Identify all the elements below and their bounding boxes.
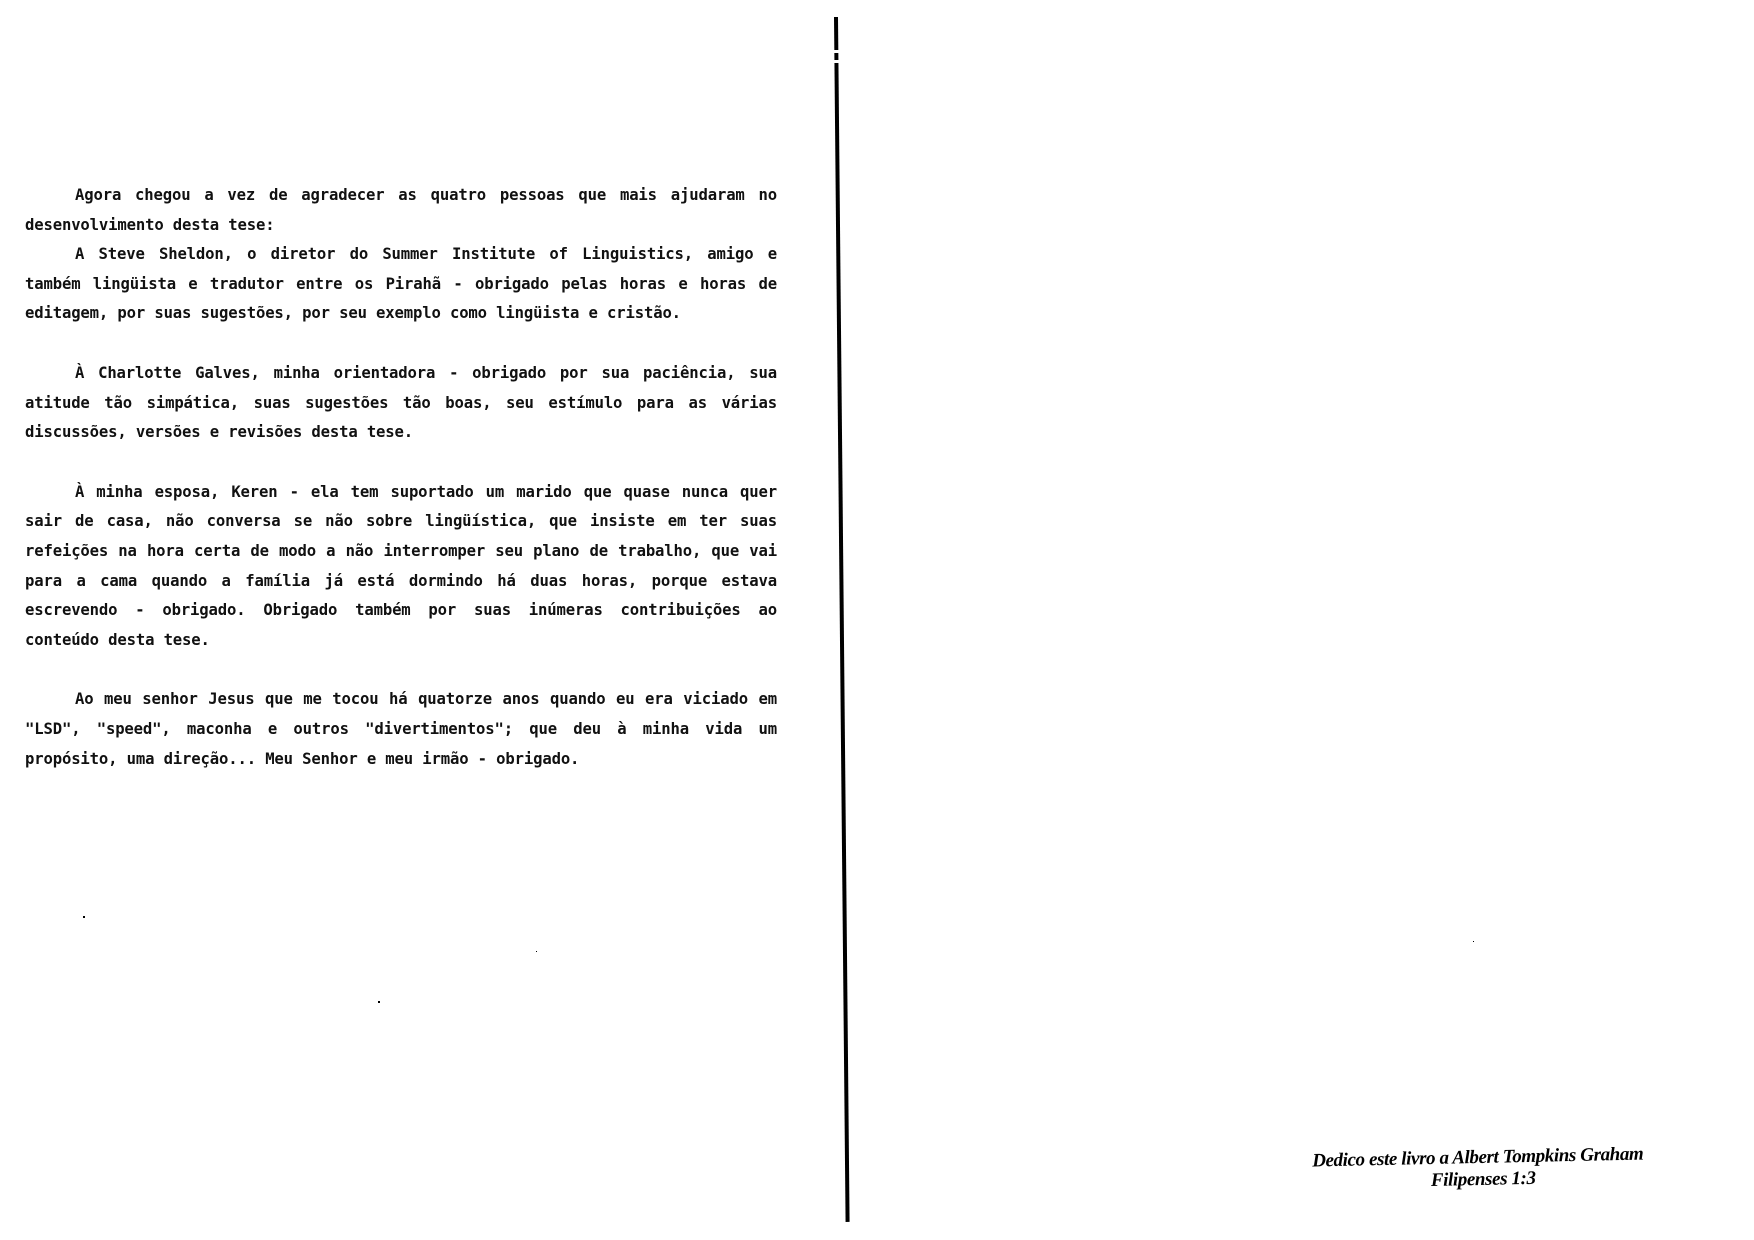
paragraph-steve-sheldon: A Steve Sheldon, o diretor do Summer Ins… [25,240,777,329]
paragraph-intro: Agora chegou a vez de agradecer as quatr… [25,181,777,240]
scan-speck [536,951,537,952]
scan-speck [1473,941,1474,942]
paragraph-keren: À minha esposa, Keren - ela tem suportad… [25,478,777,656]
spine-gap [830,50,842,53]
scan-speck [378,1001,380,1003]
spine-gap [830,60,842,63]
paragraph-jesus: Ao meu senhor Jesus que me tocou há quat… [25,685,777,774]
left-page: Agora chegou a vez de agradecer as quatr… [0,0,834,1240]
scan-speck [83,916,85,918]
dedication: Dedico este livro a Albert Tompkins Grah… [1268,1143,1689,1196]
paragraph-charlotte-galves: À Charlotte Galves, minha orientadora - … [25,359,777,448]
acknowledgements-text: Agora chegou a vez de agradecer as quatr… [25,181,777,774]
right-page [848,0,1754,1240]
